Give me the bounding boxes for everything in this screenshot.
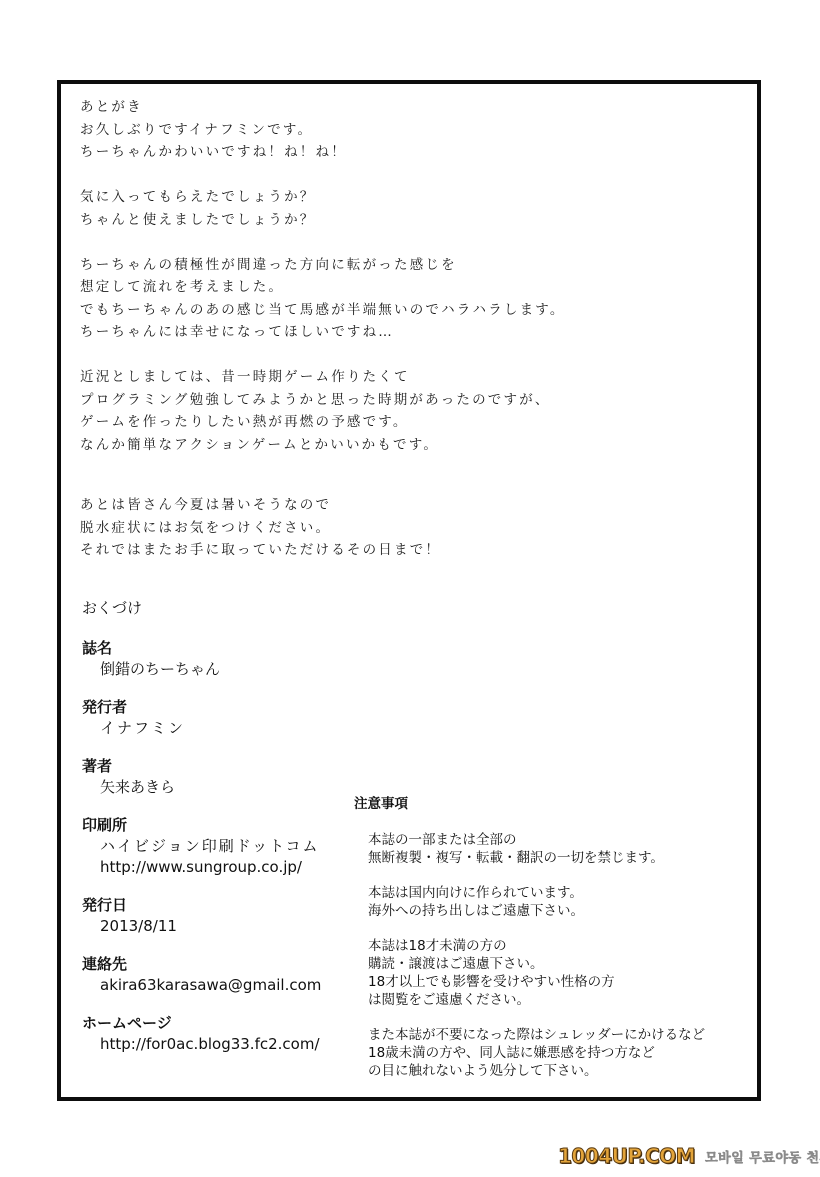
colophon-entry-contact: 連絡先 akira63karasawa@gmail.com [82,954,342,996]
colophon-value: 2013/8/11 [82,916,342,937]
notes-line: 本誌は18才未満の方の [368,937,754,955]
notes-title: 注意事項 [354,795,754,813]
colophon-entry-title: 誌名 倒錯のちーちゃん [82,638,342,680]
colophon-label: 印刷所 [82,815,342,836]
colophon-section: おくづけ 誌名 倒錯のちーちゃん 発行者 イナフミン 著者 矢来あきら 印刷所 … [82,598,342,1072]
colophon-entry-date: 発行日 2013/8/11 [82,895,342,937]
afterword-line: ちーちゃんかわいいですね！ね！ね！ [80,141,700,164]
colophon-value: 倒錯のちーちゃん [82,659,342,680]
watermark-logo: 1004UP.COM [558,1144,695,1168]
notes-block: 本誌は18才未満の方の 購読・譲渡はご遠慮下さい。 18才以上でも影響を受けやす… [354,937,754,1009]
afterword-line: ちーちゃんには幸せになってほしいですね… [80,321,700,344]
notes-line: 無断複製・複写・転載・翻訳の一切を禁じます。 [368,849,754,867]
notes-line: は閲覧をご遠慮ください。 [368,991,754,1009]
afterword-line: お久しぶりですイナフミンです。 [80,119,700,142]
afterword-line: なんか簡単なアクションゲームとかいいかもです。 [80,434,700,457]
contact-email: akira63karasawa@gmail.com [82,975,342,996]
notes-line: 本誌の一部または全部の [368,831,754,849]
notes-line: 海外への持ち出しはご遠慮下さい。 [368,902,754,920]
colophon-title: おくづけ [82,598,342,618]
notes-block: 本誌は国内向けに作られています。 海外への持ち出しはご遠慮下さい。 [354,884,754,920]
afterword-line: ちゃんと使えましたでしょうか？ [80,209,700,232]
watermark-tagline: 모바일 무료야동 천사티비 [705,1147,820,1166]
notes-block: 本誌の一部または全部の 無断複製・複写・転載・翻訳の一切を禁じます。 [354,831,754,867]
watermark: 1004UP.COM 모바일 무료야동 천사티비 [558,1143,820,1169]
afterword-section: あとがき お久しぶりですイナフミンです。 ちーちゃんかわいいですね！ね！ね！ 気… [80,96,700,562]
notes-section: 注意事項 本誌の一部または全部の 無断複製・複写・転載・翻訳の一切を禁じます。 … [354,795,754,1097]
colophon-label: 誌名 [82,638,342,659]
colophon-entry-author: 著者 矢来あきら [82,756,342,798]
notes-line: 18才以上でも影響を受けやすい性格の方 [368,973,754,991]
printer-url: http://www.sungroup.co.jp/ [82,857,342,878]
notes-line: また本誌が不要になった際はシュレッダーにかけるなど [368,1026,754,1044]
colophon-label: 著者 [82,756,342,777]
afterword-line: 近況としましては、昔一時期ゲーム作りたくて [80,366,700,389]
colophon-label: 発行日 [82,895,342,916]
afterword-line: それではまたお手に取っていただけるその日まで！ [80,539,700,562]
afterword-heading: あとがき [80,96,700,119]
colophon-entry-printer: 印刷所 ハイビジョン印刷ドットコム http://www.sungroup.co… [82,815,342,878]
homepage-url: http://for0ac.blog33.fc2.com/ [82,1034,342,1055]
afterword-line: 想定して流れを考えました。 [80,276,700,299]
notes-line: 18歳未満の方や、同人誌に嫌悪感を持つ方など [368,1044,754,1062]
afterword-line: あとは皆さん今夏は暑いそうなので [80,494,700,517]
colophon-value: 矢来あきら [82,777,342,798]
afterword-line: 気に入ってもらえたでしょうか？ [80,186,700,209]
colophon-value: ハイビジョン印刷ドットコム [82,836,342,857]
colophon-value: イナフミン [82,718,342,739]
afterword-line: プログラミング勉強してみようかと思った時期があったのですが、 [80,389,700,412]
colophon-label: 連絡先 [82,954,342,975]
notes-line: 購読・譲渡はご遠慮下さい。 [368,955,754,973]
afterword-line: ゲームを作ったりしたい熱が再燃の予感です。 [80,411,700,434]
colophon-entry-homepage: ホームページ http://for0ac.blog33.fc2.com/ [82,1013,342,1055]
afterword-line: でもちーちゃんのあの感じ当て馬感が半端無いのでハラハラします。 [80,299,700,322]
afterword-line: 脱水症状にはお気をつけください。 [80,517,700,540]
notes-line: 本誌は国内向けに作られています。 [368,884,754,902]
colophon-entry-publisher: 発行者 イナフミン [82,697,342,739]
notes-line: の目に触れないよう処分して下さい。 [368,1062,754,1080]
colophon-label: 発行者 [82,697,342,718]
afterword-line: ちーちゃんの積極性が間違った方向に転がった感じを [80,254,700,277]
notes-block: また本誌が不要になった際はシュレッダーにかけるなど 18歳未満の方や、同人誌に嫌… [354,1026,754,1080]
colophon-label: ホームページ [82,1013,342,1034]
